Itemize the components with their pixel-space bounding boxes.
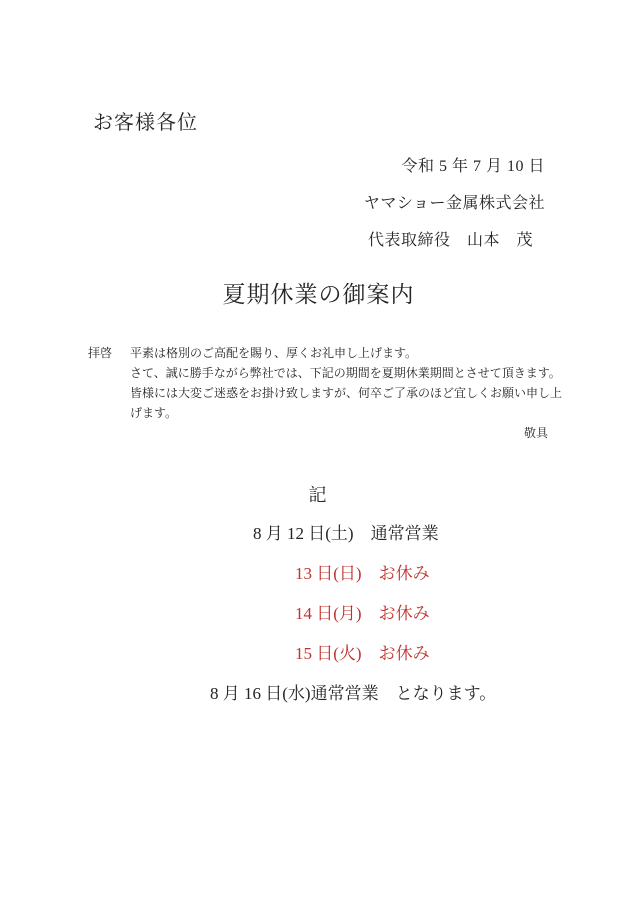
body-paragraph: 拝啓 平素は格別のご高配を賜り、厚くお礼申し上げます。 さて、誠に勝手ながら弊社… bbox=[88, 343, 567, 423]
signer-name: 代表取締役 山本 茂 bbox=[0, 222, 545, 259]
closing-word: 敬具 bbox=[0, 423, 637, 443]
paragraph-line: 皆様には大変ご迷惑をお掛け致しますが、何卒ご了承のほど宜しくお願い申し上げます。 bbox=[130, 383, 567, 423]
schedule-item-open-aug12: 8 月 12 日(土) 通常営業 bbox=[0, 521, 637, 547]
salutation-word: 拝啓 bbox=[88, 343, 130, 363]
paragraph-line: さて、誠に勝手ながら弊社では、下記の期間を夏期休業期間とさせて頂きます。 bbox=[130, 363, 567, 383]
recipient-line: お客様各位 bbox=[93, 110, 637, 136]
schedule-item-closed-aug14: 14 日(月) お休み bbox=[0, 601, 637, 627]
letter-page: お客様各位 令和 5 年 7 月 10 日 ヤマショー金属株式会社 代表取締役 … bbox=[0, 0, 637, 900]
schedule-list: 8 月 12 日(土) 通常営業 13 日(日) お休み 14 日(月) お休み… bbox=[0, 521, 637, 707]
company-name: ヤマショー金属株式会社 bbox=[0, 185, 545, 222]
paragraph-text: 平素は格別のご高配を賜り、厚くお礼申し上げます。 さて、誠に勝手ながら弊社では、… bbox=[130, 343, 567, 423]
document-title: 夏期休業の御案内 bbox=[0, 281, 637, 309]
letter-meta: 令和 5 年 7 月 10 日 ヤマショー金属株式会社 代表取締役 山本 茂 bbox=[0, 148, 637, 259]
notice-marker: 記 bbox=[0, 483, 637, 507]
schedule-item-closed-aug13: 13 日(日) お休み bbox=[0, 561, 637, 587]
date-line: 令和 5 年 7 月 10 日 bbox=[0, 148, 545, 185]
schedule-item-open-aug16: 8 月 16 日(水)通常営業 となります。 bbox=[0, 681, 637, 707]
paragraph-line: 平素は格別のご高配を賜り、厚くお礼申し上げます。 bbox=[130, 343, 567, 363]
schedule-item-closed-aug15: 15 日(火) お休み bbox=[0, 641, 637, 667]
